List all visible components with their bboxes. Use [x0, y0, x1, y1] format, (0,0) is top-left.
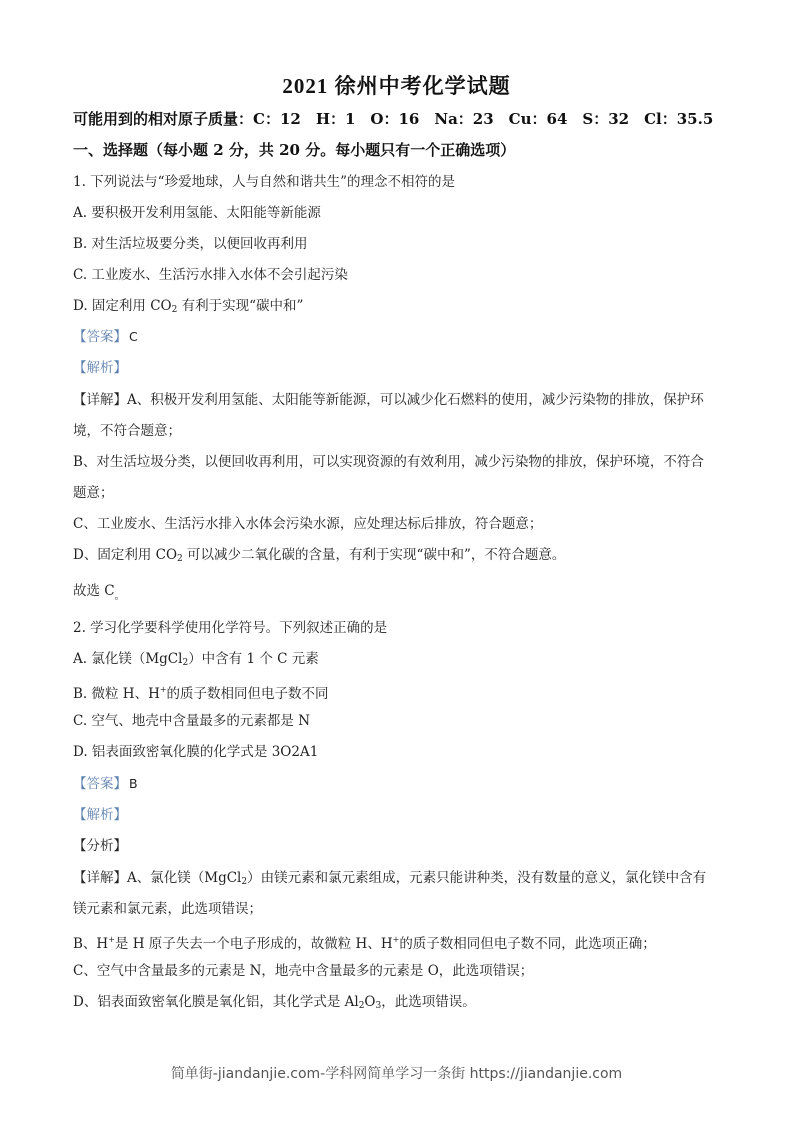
question-2-option-c: C. 空气、地壳中含量最多的元素都是 N — [73, 712, 725, 730]
question-1-detail-line-3: B、对生活垃圾分类，以便回收再利用，可以实现资源的有效利用，减少污染物的排放，保… — [73, 453, 725, 471]
option-b-post: 的质子数相同但电子数不同 — [167, 686, 329, 702]
conclusion-text: 故选 C — [73, 583, 115, 599]
question-2-answer: 【答案】B — [73, 775, 725, 793]
conclusion-period: 。 — [115, 591, 125, 602]
question-2-detail-line-4: C、空气中含量最多的元素是 N，地壳中含量最多的元素是 O，此选项错误； — [73, 962, 725, 980]
question-1-detail-line-5: C、工业废水、生活污水排入水体会污染水源，应处理达标后排放，符合题意； — [73, 515, 725, 533]
question-1-answer: 【答案】C — [73, 328, 725, 346]
option-d-pre: D. 固定利用 CO — [73, 298, 172, 314]
detail-pre: D、固定利用 CO — [73, 547, 177, 563]
detail-pre: 【详解】A、氯化镁（MgCl — [73, 870, 241, 886]
answer-tag: 【答案】 — [73, 329, 127, 345]
option-d-post: 有利于实现“碳中和” — [177, 298, 303, 314]
footer-watermark[interactable]: 简单街-jiandanjie.com-学科网简单学习一条街 https://ji… — [0, 1063, 793, 1083]
document-page: 2021 徐州中考化学试题 可能用到的相对原子质量：C：12 H：1 O：16 … — [0, 0, 793, 1122]
answer-value: B — [129, 776, 138, 791]
question-1-detail-line-6: D、固定利用 CO2 可以减少二氧化碳的含量，有利于实现“碳中和”，不符合题意。 — [73, 546, 725, 568]
detail-mid: O — [364, 994, 375, 1010]
question-2-option-a: A. 氯化镁（MgCl2）中含有 1 个 C 元素 — [73, 650, 725, 672]
question-2-detail-line-5: D、铝表面致密氧化膜是氧化铝，其化学式是 Al2O3，此选项错误。 — [73, 993, 725, 1015]
detail-post: 的质子数相同但电子数不同，此选项正确； — [399, 936, 656, 952]
option-a-post: ）中含有 1 个 C 元素 — [188, 651, 319, 667]
detail-post: 可以减少二氧化碳的含量，有利于实现“碳中和”，不符合题意。 — [183, 547, 566, 563]
question-1-stem: 1. 下列说法与“珍爱地球，人与自然和谐共生”的理念不相符的是 — [73, 173, 725, 191]
atomic-masses-line: 可能用到的相对原子质量：C：12 H：1 O：16 Na：23 Cu：64 S：… — [73, 110, 725, 128]
question-1-conclusion: 故选 C。 — [73, 582, 725, 606]
detail-post: ，此选项错误。 — [381, 994, 476, 1010]
question-1-analysis-tag: 【解析】 — [73, 359, 725, 377]
document-title: 2021 徐州中考化学试题 — [0, 70, 793, 100]
question-1-option-b: B. 对生活垃圾要分类，以便回收再利用 — [73, 235, 725, 253]
question-2-detail-line-3: B、H+是 H 原子失去一个电子形成的，故微粒 H、H+的质子数相同但电子数不同… — [73, 931, 725, 953]
question-2-option-d: D. 铝表面致密氧化膜的化学式是 3O2A1 — [73, 743, 725, 761]
question-1-detail-line-4: 题意； — [73, 484, 725, 502]
detail-mid: 是 H 原子失去一个电子形成的，故微粒 H、H — [115, 936, 393, 952]
question-2-stem: 2. 学习化学要科学使用化学符号。下列叙述正确的是 — [73, 619, 725, 637]
superscript: + — [160, 685, 167, 694]
question-2-detail-line-2: 镁元素和氯元素，此选项错误； — [73, 900, 725, 918]
question-1-detail-line-1: 【详解】A、积极开发利用氢能、太阳能等新能源，可以减少化石燃料的使用，减少污染物… — [73, 391, 725, 409]
superscript: + — [108, 935, 115, 944]
answer-value: C — [129, 329, 138, 344]
option-a-pre: A. 氯化镁（MgCl — [73, 651, 182, 667]
detail-pre: D、铝表面致密氧化膜是氧化铝，其化学式是 Al — [73, 994, 359, 1010]
question-2-analysis-tag: 【解析】 — [73, 806, 725, 824]
answer-tag: 【答案】 — [73, 776, 127, 792]
detail-post: ）由镁元素和氯元素组成，元素只能讲种类，没有数量的意义，氯化镁中含有 — [247, 870, 706, 886]
question-1-option-a: A. 要积极开发利用氢能、太阳能等新能源 — [73, 204, 725, 222]
section-heading: 一、选择题（每小题 2 分，共 20 分。每小题只有一个正确选项） — [73, 141, 725, 159]
detail-pre: B、H — [73, 936, 108, 952]
question-2-detail-line-1: 【详解】A、氯化镁（MgCl2）由镁元素和氯元素组成，元素只能讲种类，没有数量的… — [73, 869, 725, 891]
question-2-sub-analysis-tag: 【分析】 — [73, 837, 725, 855]
option-b-pre: B. 微粒 H、H — [73, 686, 160, 702]
question-1-option-c: C. 工业废水、生活污水排入水体不会引起污染 — [73, 266, 725, 284]
question-2-option-b: B. 微粒 H、H+的质子数相同但电子数不同 — [73, 681, 725, 703]
question-1-detail-line-2: 境，不符合题意； — [73, 422, 725, 440]
question-1-option-d: D. 固定利用 CO2 有利于实现“碳中和” — [73, 297, 725, 319]
